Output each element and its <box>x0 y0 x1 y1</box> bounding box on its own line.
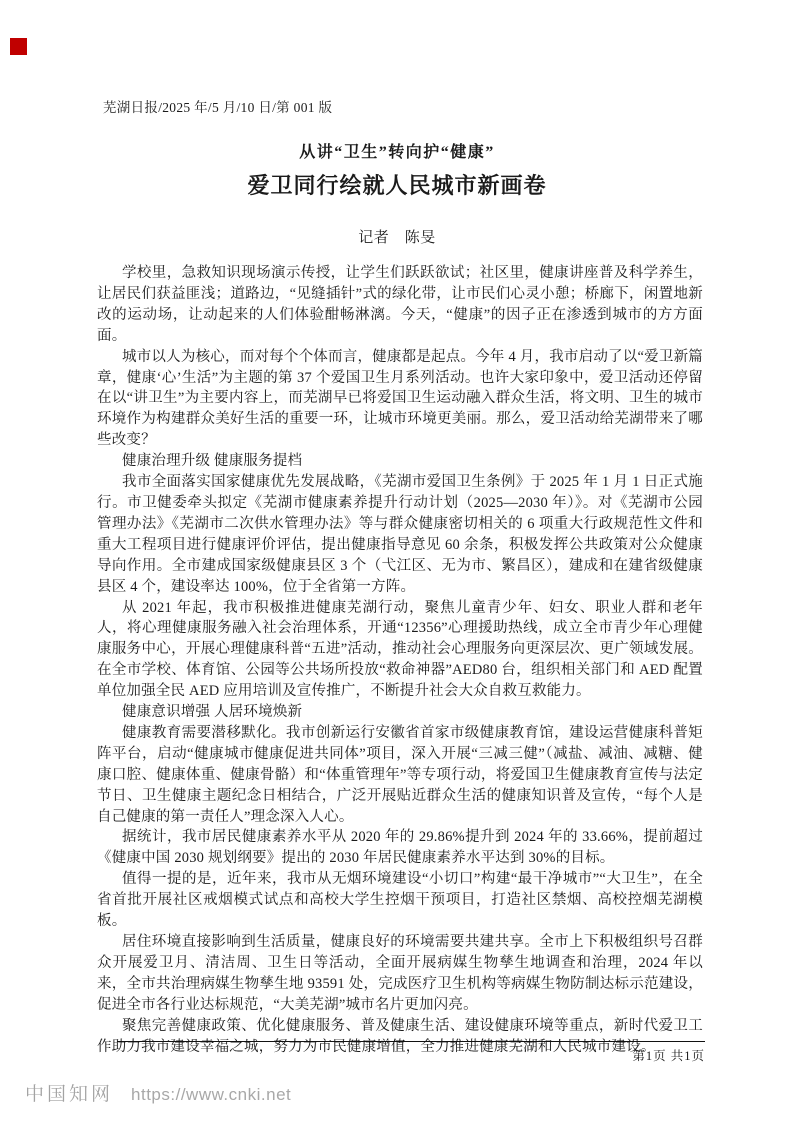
body-paragraph: 学校里，急救知识现场演示传授，让学生们跃跃欲试；社区里，健康讲座普及科学养生，让… <box>97 263 703 347</box>
body-paragraph: 居住环境直接影响到生活质量，健康良好的环境需要共建共享。全市上下积极组织号召群众… <box>97 932 703 1016</box>
body-paragraph: 从 2021 年起，我市积极推进健康芜湖行动，聚焦儿童青少年、妇女、职业人群和老… <box>97 598 703 703</box>
cnki-watermark: 中国知网https://www.cnki.net <box>25 1079 291 1106</box>
document-page: 芜湖日报/2025 年/5 月/10 日/第 001 版 从讲“卫生”转向护“健… <box>0 0 794 1123</box>
body-paragraph: 值得一提的是，近年来，我市从无烟环境建设“小切口”构建“最干净城市”“大卫生”，… <box>97 869 703 932</box>
body-paragraph: 据统计，我市居民健康素养水平从 2020 年的 29.86%提升到 2024 年… <box>97 827 703 869</box>
article-title: 爱卫同行绘就人民城市新画卷 <box>0 169 794 200</box>
source-publication-line: 芜湖日报/2025 年/5 月/10 日/第 001 版 <box>103 96 332 116</box>
body-paragraph: 我市全面落实国家健康优先发展战略，《芜湖市爱国卫生条例》于 2025 年 1 月… <box>97 472 703 597</box>
page-indicator: 第1页 共1页 <box>117 1046 705 1064</box>
footer-divider <box>117 1041 705 1042</box>
section-subhead: 健康意识增强 人居环境焕新 <box>97 702 703 723</box>
article-body: 学校里，急救知识现场演示传授，让学生们跃跃欲试；社区里，健康讲座普及科学养生，让… <box>97 263 703 1057</box>
section-subhead: 健康治理升级 健康服务提档 <box>97 451 703 472</box>
cnki-brand-label: 中国知网 <box>25 1084 113 1105</box>
body-paragraph: 城市以人为核心，而对每个个体而言，健康都是起点。今年 4 月，我市启动了以“爱卫… <box>97 347 703 452</box>
cnki-url-label: https://www.cnki.net <box>131 1085 291 1104</box>
body-paragraph: 健康教育需要潜移默化。我市创新运行安徽省首家市级健康教育馆，建设运营健康科普矩阵… <box>97 723 703 828</box>
red-square-marker <box>10 38 27 55</box>
article-byline: 记者 陈旻 <box>0 226 794 247</box>
article-kicker: 从讲“卫生”转向护“健康” <box>0 139 794 162</box>
